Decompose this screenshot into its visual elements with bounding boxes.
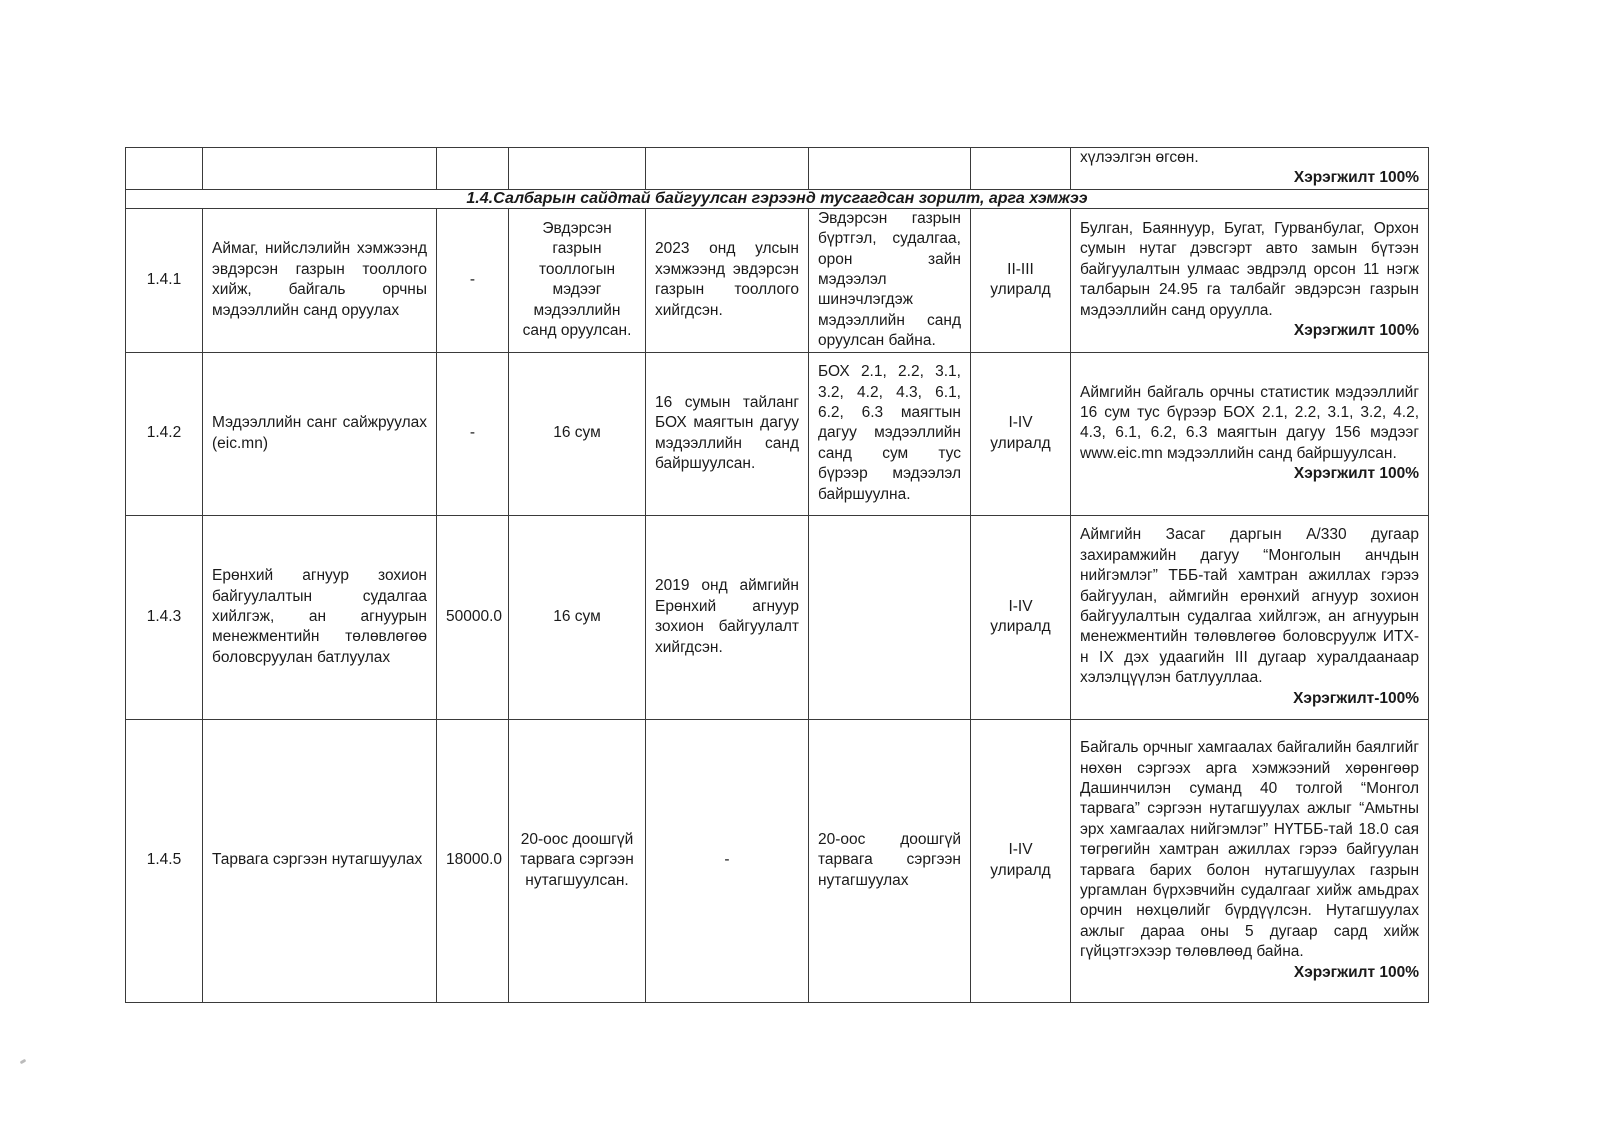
performance-label: Хэрэгжилт 100%	[1080, 963, 1419, 983]
cell-target	[509, 148, 646, 190]
cell-result: Аймгийн Засаг даргын А/330 дугаар захира…	[1071, 515, 1429, 719]
cell-indicator: БОХ 2.1, 2.2, 3.1, 3.2, 4.2, 4.3, 6.1, 6…	[809, 352, 971, 515]
cell-task: Мэдээллийн санг сайжруулах (eic.mn)	[203, 352, 437, 515]
cell-period	[971, 148, 1071, 190]
cell-indicator: 20-оос доошгүй тарвага сэргээн нутагшуул…	[809, 719, 971, 1002]
table-row: 1.4.2 Мэдээллийн санг сайжруулах (eic.mn…	[126, 352, 1429, 515]
cell-task: Ерөнхий агнуур зохион байгуулалтын судал…	[203, 515, 437, 719]
cell-budget	[437, 148, 509, 190]
cell-period: II-III улиралд	[971, 208, 1071, 352]
cell-result: Булган, Баяннуур, Бугат, Гурванбулаг, Ор…	[1071, 208, 1429, 352]
cell-code: 1.4.3	[126, 515, 203, 719]
cell-code: 1.4.1	[126, 208, 203, 352]
table-row: 1.4.1 Аймаг, нийслэлийн хэмжээнд эвдэрсэ…	[126, 208, 1429, 352]
cell-result: Байгаль орчныг хамгаалах байгалийн баялг…	[1071, 719, 1429, 1002]
cell-code	[126, 148, 203, 190]
cell-result: Аймгийн байгаль орчны статистик мэдээлли…	[1071, 352, 1429, 515]
cell-baseline: 2019 онд аймгийн Ерөнхий агнуур зохион б…	[646, 515, 809, 719]
cell-indicator	[809, 148, 971, 190]
cell-target: 20-оос доошгүй тарвага сэргээн нутагшуул…	[509, 719, 646, 1002]
cell-result: хүлээлгэн өгсөн. Хэрэгжилт 100%	[1071, 148, 1429, 190]
cell-task: Тарвага сэргээн нутагшуулах	[203, 719, 437, 1002]
result-text: Аймгийн Засаг даргын А/330 дугаар захира…	[1080, 525, 1419, 688]
performance-label: Хэрэгжилт-100%	[1080, 689, 1419, 709]
result-text: Аймгийн байгаль орчны статистик мэдээлли…	[1080, 383, 1419, 465]
cell-budget: 50000.0	[437, 515, 509, 719]
cell-budget: -	[437, 352, 509, 515]
cell-target: 16 сум	[509, 352, 646, 515]
cell-baseline: -	[646, 719, 809, 1002]
cell-baseline: 16 сумын тайланг БОХ маягтын дагуу мэдээ…	[646, 352, 809, 515]
result-text: Байгаль орчныг хамгаалах байгалийн баялг…	[1080, 738, 1419, 962]
cell-baseline	[646, 148, 809, 190]
table-row: 1.4.3 Ерөнхий агнуур зохион байгуулалтын…	[126, 515, 1429, 719]
result-text: хүлээлгэн өгсөн.	[1080, 148, 1419, 168]
performance-label: Хэрэгжилт 100%	[1080, 321, 1419, 341]
cell-indicator	[809, 515, 971, 719]
section-title: 1.4.Салбарын сайдтай байгуулсан гэрээнд …	[126, 189, 1429, 208]
cell-task: Аймаг, нийслэлийн хэмжээнд эвдэрсэн газр…	[203, 208, 437, 352]
cell-budget: 18000.0	[437, 719, 509, 1002]
cell-code: 1.4.5	[126, 719, 203, 1002]
action-plan-table: хүлээлгэн өгсөн. Хэрэгжилт 100% 1.4.Салб…	[125, 147, 1429, 1003]
cell-target: 16 сум	[509, 515, 646, 719]
cell-task	[203, 148, 437, 190]
cell-period: I-IV улиралд	[971, 515, 1071, 719]
performance-label: Хэрэгжилт 100%	[1080, 168, 1419, 188]
performance-label: Хэрэгжилт 100%	[1080, 464, 1419, 484]
cell-period: I-IV улиралд	[971, 352, 1071, 515]
cell-budget: -	[437, 208, 509, 352]
table-row-previous: хүлээлгэн өгсөн. Хэрэгжилт 100%	[126, 148, 1429, 190]
section-header-row: 1.4.Салбарын сайдтай байгуулсан гэрээнд …	[126, 189, 1429, 208]
scan-artifact	[20, 1059, 27, 1065]
cell-indicator: Эвдэрсэн газрын бүртгэл, судалгаа, орон …	[809, 208, 971, 352]
cell-target: Эвдэрсэн газрын тооллогын мэдээг мэдээлл…	[509, 208, 646, 352]
result-text: Булган, Баяннуур, Бугат, Гурванбулаг, Ор…	[1080, 219, 1419, 321]
table-row: 1.4.5 Тарвага сэргээн нутагшуулах 18000.…	[126, 719, 1429, 1002]
cell-code: 1.4.2	[126, 352, 203, 515]
cell-period: I-IV улиралд	[971, 719, 1071, 1002]
cell-baseline: 2023 онд улсын хэмжээнд эвдэрсэн газрын …	[646, 208, 809, 352]
